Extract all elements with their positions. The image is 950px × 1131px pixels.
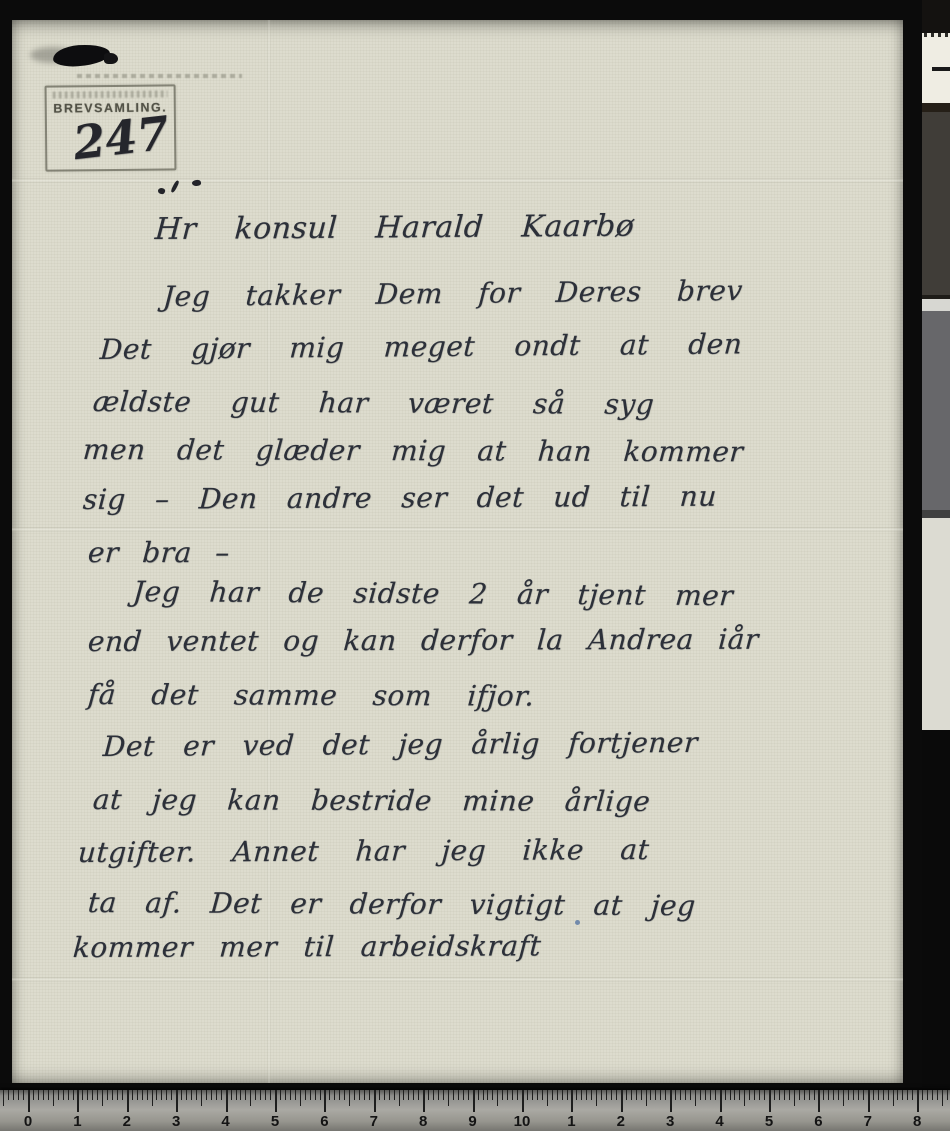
ruler-tick	[848, 1090, 849, 1100]
ruler-tick	[112, 1090, 113, 1100]
ruler-tick	[596, 1090, 597, 1106]
ruler-tick	[3, 1090, 4, 1106]
ruler-tick	[389, 1090, 390, 1100]
ruler-tick	[28, 1090, 30, 1112]
ruler-tick	[245, 1090, 246, 1100]
ruler-tick	[8, 1090, 9, 1100]
ruler-tick	[537, 1090, 538, 1100]
handwriting-line: Hr konsul Harald Kaarbø	[154, 209, 636, 247]
ruler-tick	[700, 1090, 701, 1100]
ruler-tick	[211, 1090, 212, 1100]
ruler-tick	[734, 1090, 735, 1100]
ruler-tick	[413, 1090, 414, 1100]
ruler-tick	[285, 1090, 286, 1100]
handwriting-line: Jeg takker Dem for Deres brev	[162, 274, 744, 313]
ruler-number: 10	[514, 1113, 531, 1130]
handwriting-line: er bra –	[87, 536, 231, 569]
ruler-tick	[497, 1090, 498, 1106]
ruler-tick	[122, 1090, 123, 1100]
ruler-tick	[784, 1090, 785, 1100]
handwriting-line: end ventet og kan derfor la Andrea iår	[87, 623, 760, 658]
strip-segment	[922, 0, 950, 33]
ruler-tick	[320, 1090, 321, 1100]
ruler-tick	[912, 1090, 913, 1100]
ruler-tick	[438, 1090, 439, 1100]
ruler-tick	[73, 1090, 74, 1100]
strip-segment	[922, 510, 950, 518]
ruler-tick	[260, 1090, 261, 1100]
ruler-number: 5	[271, 1113, 279, 1130]
ruler-tick	[270, 1090, 271, 1100]
ruler-tick	[547, 1090, 548, 1106]
ruler-tick	[576, 1090, 577, 1100]
strip-segment	[922, 518, 950, 730]
fold-crease	[12, 178, 903, 183]
ink-scribble	[192, 179, 202, 186]
ruler-tick	[53, 1090, 54, 1106]
strip-segment	[922, 730, 950, 1090]
ruler-tick	[932, 1090, 933, 1100]
ruler-tick	[858, 1090, 859, 1100]
ruler-tick	[814, 1090, 815, 1100]
ruler-tick	[799, 1090, 800, 1100]
ruler-tick	[527, 1090, 528, 1100]
ruler-tick	[685, 1090, 686, 1100]
letter-paper: BREVSAMLING. 247 Hr konsul Harald Kaarbø…	[12, 20, 903, 1083]
ruler-tick	[102, 1090, 103, 1106]
ruler-tick	[478, 1090, 479, 1100]
ruler-tick	[660, 1090, 661, 1100]
ruler-tick	[557, 1090, 558, 1100]
strip-segment	[922, 112, 950, 295]
ink-blot-tip	[104, 53, 118, 64]
ruler-number: 7	[864, 1113, 872, 1130]
ruler-tick	[675, 1090, 676, 1100]
reference-card-dash	[932, 67, 950, 71]
ruler-tick	[562, 1090, 563, 1100]
ruler-tick	[384, 1090, 385, 1100]
ruler-tick	[315, 1090, 316, 1100]
ruler-tick	[463, 1090, 464, 1100]
ruler-tick	[295, 1090, 296, 1100]
ruler-number: 6	[320, 1113, 328, 1130]
ruler-tick	[586, 1090, 587, 1100]
ruler-tick	[690, 1090, 691, 1100]
ruler-tick	[137, 1090, 138, 1100]
ruler-tick	[522, 1090, 524, 1112]
ruler-tick	[399, 1090, 400, 1106]
ruler-tick	[680, 1090, 681, 1100]
ink-scribble	[157, 187, 166, 195]
ruler-tick	[502, 1090, 503, 1100]
ruler-tick	[853, 1090, 854, 1100]
ruler-tick	[789, 1090, 790, 1100]
ruler-tick	[310, 1090, 311, 1100]
ruler-tick	[473, 1090, 475, 1112]
ruler-number: 1	[73, 1113, 81, 1130]
ruler-tick	[359, 1090, 360, 1100]
ruler-tick	[369, 1090, 370, 1100]
ruler-tick	[408, 1090, 409, 1100]
ruler-number: 4	[221, 1113, 229, 1130]
ruler-tick	[201, 1090, 202, 1106]
ruler-tick	[641, 1090, 642, 1100]
ruler-tick	[621, 1090, 623, 1112]
ruler-tick	[334, 1090, 335, 1100]
ruler-tick	[171, 1090, 172, 1100]
ruler-tick	[97, 1090, 98, 1100]
ruler-number: 1	[567, 1113, 575, 1130]
ruler-tick	[665, 1090, 666, 1100]
ruler-tick	[221, 1090, 222, 1100]
scan-background: BREVSAMLING. 247 Hr konsul Harald Kaarbø…	[0, 0, 950, 1131]
reference-card-marks	[924, 33, 950, 37]
ruler-tick	[715, 1090, 716, 1100]
ruler-tick	[38, 1090, 39, 1100]
ruler-tick	[942, 1090, 943, 1106]
ruler-tick	[403, 1090, 404, 1100]
ruler-tick	[843, 1090, 844, 1106]
ruler-tick	[250, 1090, 251, 1106]
handwriting-line: at jeg kan bestride mine årlige	[92, 783, 652, 818]
handwriting-line: Det gjør mig meget ondt at den	[99, 327, 743, 366]
ruler-tick	[863, 1090, 864, 1100]
ruler-tick	[226, 1090, 228, 1112]
ruler-tick	[156, 1090, 157, 1100]
ruler-tick	[240, 1090, 241, 1100]
ruler-tick	[63, 1090, 64, 1100]
ruler-tick	[58, 1090, 59, 1100]
ruler-tick	[468, 1090, 469, 1100]
ruler-tick	[532, 1090, 533, 1100]
strip-segment	[922, 295, 950, 299]
ruler-tick	[606, 1090, 607, 1100]
ruler-tick	[82, 1090, 83, 1100]
ruler-tick	[873, 1090, 874, 1100]
ruler-tick	[18, 1090, 19, 1100]
ruler-tick	[833, 1090, 834, 1100]
ruler-tick	[655, 1090, 656, 1100]
handwriting-line: ældste gut har været så syg	[92, 385, 656, 421]
ruler-tick	[423, 1090, 425, 1112]
ruler-tick	[754, 1090, 755, 1100]
ruler-number: 8	[913, 1113, 921, 1130]
ruler-number: 8	[419, 1113, 427, 1130]
ruler-tick	[507, 1090, 508, 1100]
ruler-tick	[888, 1090, 889, 1100]
ruler-tick	[142, 1090, 143, 1100]
ruler-tick	[838, 1090, 839, 1100]
ruler-tick	[631, 1090, 632, 1100]
ruler-tick	[275, 1090, 277, 1112]
ruler-tick	[611, 1090, 612, 1100]
ruler-tick	[127, 1090, 129, 1112]
ruler-tick	[324, 1090, 326, 1112]
ruler-tick	[487, 1090, 488, 1100]
ruler-tick	[764, 1090, 765, 1100]
ruler-tick	[181, 1090, 182, 1100]
ruler-tick	[349, 1090, 350, 1106]
faded-stamp-line	[77, 74, 242, 78]
ruler-tick	[339, 1090, 340, 1100]
handwriting-line: kommer mer til arbeidskraft	[72, 929, 542, 964]
stamp-number: 247	[70, 106, 172, 171]
ruler-tick	[818, 1090, 820, 1112]
ruler-tick	[379, 1090, 380, 1100]
strip-segment	[922, 299, 950, 311]
ruler-tick	[917, 1090, 919, 1112]
ruler-number: 9	[468, 1113, 476, 1130]
ruler-tick	[152, 1090, 153, 1106]
ruler-tick	[774, 1090, 775, 1100]
ruler-tick	[92, 1090, 93, 1100]
ruler-tick	[364, 1090, 365, 1100]
ruler-tick	[492, 1090, 493, 1100]
ruler-tick	[428, 1090, 429, 1100]
fold-crease	[12, 527, 903, 532]
ruler-tick	[571, 1090, 573, 1112]
handwriting-line: sig – Den andre ser det ud til nu	[82, 480, 718, 516]
handwriting-line: Jeg har de sidste 2 år tjent mer	[132, 575, 735, 612]
ruler-tick	[937, 1090, 938, 1100]
ruler-tick	[695, 1090, 696, 1106]
ruler-tick	[730, 1090, 731, 1100]
archive-stamp: BREVSAMLING. 247	[45, 84, 177, 171]
ruler-tick	[720, 1090, 722, 1112]
ruler-tick	[483, 1090, 484, 1100]
ruler-tick	[646, 1090, 647, 1106]
ruler-tick	[166, 1090, 167, 1100]
strip-segment	[922, 103, 950, 112]
ruler-tick	[443, 1090, 444, 1100]
ruler-tick	[902, 1090, 903, 1100]
ruler-number: 6	[814, 1113, 822, 1130]
fold-crease-vertical	[267, 20, 271, 1083]
ruler-tick	[650, 1090, 651, 1100]
ruler-tick	[394, 1090, 395, 1100]
ruler-tick	[236, 1090, 237, 1100]
ruler-tick	[567, 1090, 568, 1100]
ruler-tick	[186, 1090, 187, 1100]
ruler-tick	[43, 1090, 44, 1100]
ruler-tick	[794, 1090, 795, 1106]
grayscale-strip	[922, 0, 950, 1090]
ruler-tick	[191, 1090, 192, 1100]
ruler-tick	[33, 1090, 34, 1100]
ruler-tick	[458, 1090, 459, 1100]
ruler-number: 5	[765, 1113, 773, 1130]
ruler-tick	[448, 1090, 449, 1106]
ruler-tick	[922, 1090, 923, 1100]
ruler-tick	[601, 1090, 602, 1100]
stamp-faded-text	[53, 90, 168, 98]
ruler-tick	[897, 1090, 898, 1100]
ruler-tick	[418, 1090, 419, 1100]
handwriting-line: utgifter. Annet har jeg ikke at	[77, 833, 651, 869]
ruler-tick	[878, 1090, 879, 1100]
handwriting-line: men det glæder mig at han kommer	[82, 433, 745, 468]
ruler-tick	[161, 1090, 162, 1100]
ruler-tick	[216, 1090, 217, 1100]
ruler-tick	[374, 1090, 376, 1112]
ruler-tick	[13, 1090, 14, 1100]
ruler-tick	[809, 1090, 810, 1100]
ruler-tick	[196, 1090, 197, 1100]
ruler-tick	[68, 1090, 69, 1100]
ruler-number: 0	[24, 1113, 32, 1130]
ruler-tick	[265, 1090, 266, 1100]
ruler-tick	[280, 1090, 281, 1100]
ruler-tick	[581, 1090, 582, 1100]
ruler-tick	[354, 1090, 355, 1100]
ruler-tick	[433, 1090, 434, 1100]
ruler-tick	[670, 1090, 672, 1112]
ruler-number: 3	[172, 1113, 180, 1130]
ruler-tick	[300, 1090, 301, 1106]
ruler-number: 3	[666, 1113, 674, 1130]
ruler-tick	[893, 1090, 894, 1106]
ruler-tick	[759, 1090, 760, 1100]
ruler-tick	[804, 1090, 805, 1100]
ruler-tick	[87, 1090, 88, 1100]
ruler-tick	[552, 1090, 553, 1100]
ruler-tick	[705, 1090, 706, 1100]
ruler-tick	[147, 1090, 148, 1100]
ruler-number: 4	[715, 1113, 723, 1130]
ruler-tick	[626, 1090, 627, 1100]
ruler-tick	[512, 1090, 513, 1100]
ruler-tick	[636, 1090, 637, 1100]
ruler-tick	[176, 1090, 178, 1112]
ruler-number: 2	[123, 1113, 131, 1130]
ruler-tick	[828, 1090, 829, 1100]
fold-crease	[12, 977, 903, 982]
ruler-tick	[769, 1090, 771, 1112]
ruler-tick	[749, 1090, 750, 1100]
ruler-tick	[725, 1090, 726, 1100]
ruler-tick	[117, 1090, 118, 1100]
ruler-tick	[48, 1090, 49, 1100]
ruler-tick	[779, 1090, 780, 1100]
ruler-tick	[907, 1090, 908, 1100]
strip-segment	[922, 311, 950, 510]
ruler-tick	[344, 1090, 345, 1100]
ruler-tick	[868, 1090, 870, 1112]
ruler-tick	[542, 1090, 543, 1100]
ruler-tick	[616, 1090, 617, 1100]
ruler-tick	[132, 1090, 133, 1100]
ruler-tick	[883, 1090, 884, 1100]
ruler-tick	[947, 1090, 948, 1100]
ruler-tick	[329, 1090, 330, 1100]
ruler-tick	[255, 1090, 256, 1100]
handwriting-line: Det er ved det jeg årlig fortjener	[102, 726, 699, 763]
ruler-tick	[927, 1090, 928, 1100]
ruler-tick	[206, 1090, 207, 1100]
ruler-tick	[744, 1090, 745, 1106]
ruler-tick	[591, 1090, 592, 1100]
ruler-number: 2	[617, 1113, 625, 1130]
ruler-number: 7	[370, 1113, 378, 1130]
ruler-tick	[23, 1090, 24, 1100]
ruler-tick	[453, 1090, 454, 1100]
ruler-tick	[517, 1090, 518, 1100]
ruler-tick	[739, 1090, 740, 1100]
ruler-tick	[77, 1090, 79, 1112]
handwriting-line: ta af. Det er derfor vigtigt at jeg	[87, 886, 697, 922]
ruler-tick	[823, 1090, 824, 1100]
ruler-tick	[231, 1090, 232, 1100]
ruler: 01234567891012345678	[0, 1090, 950, 1131]
ruler-tick	[107, 1090, 108, 1100]
handwriting-line: få det samme som ifjor.	[87, 678, 536, 713]
ruler-tick	[290, 1090, 291, 1100]
ruler-tick	[710, 1090, 711, 1100]
ruler-tick	[305, 1090, 306, 1100]
